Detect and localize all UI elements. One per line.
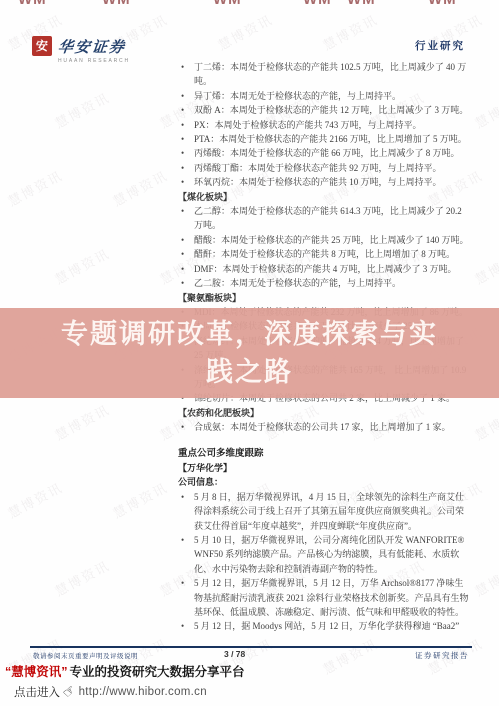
bullet-dot-icon: • [178,118,194,132]
bullet-text: 5 月 12 日，据万华微视界讯，5 月 12 日，万华 Archsol®817… [194,576,472,619]
brand-seal-icon: 安 [32,36,52,56]
company-news-bullet: •5 月 12 日，据 Moodys 网站，5 月 12 日，万华化学获得穆迪 … [178,619,472,633]
bullet-dot-icon: • [178,204,194,233]
bullet-text: 丙烯酸：本周处于检修状态的产能 66 万吨，比上周减少了 8 万吨。 [194,146,472,160]
company-info-label: 公司信息： [178,475,472,489]
maintenance-bullet: •醋酐：本周处于检修状态的产能共 8 万吨，比上周增加了 8 万吨。 [178,247,472,261]
watermark-text: 慧博资讯 [4,165,66,210]
bullet-text: DMF：本周处于检修状态的产能共 4 万吨，比上周减少了 3 万吨。 [194,262,472,276]
maintenance-bullet: •双酚 A：本周处于检修状态的产能共 12 万吨，比上周减少了 3 万吨。 [178,103,472,117]
brand-name-cn: 华安证券 [57,36,131,57]
maintenance-bullet: •乙二醇：本周处于检修状态的产能共 614.3 万吨，比上周减少了 20.2 万… [178,204,472,233]
watermark-text: 慧博资讯 [471,555,499,600]
watermark-text: 慧博资讯 [109,477,171,522]
top-edge-artifact: WM [18,0,47,7]
maintenance-bullet: •异丁烯：本周无处于检修状态的产能，与上周持平。 [178,89,472,103]
bullet-text: 5 月 10 日，据万华微视界讯，公司分离纯化团队开发 WANFORITE® W… [194,533,472,576]
watermark-text: 慧博资讯 [319,633,381,678]
bullet-dot-icon: • [178,161,194,175]
maintenance-bullet: •乙二胺：本周无处于检修状态的产能，与上周持平。 [178,276,472,290]
watermark-text: 慧博资讯 [51,243,113,288]
bullet-text: 醋酸：本周处于检修状态的产能共 25 万吨，比上周减少了 140 万吨。 [194,233,472,247]
section-title: 重点公司多维度跟踪 [178,447,472,461]
bullet-text: 醋酐：本周处于检修状态的产能共 8 万吨，比上周增加了 8 万吨。 [194,247,472,261]
bullet-dot-icon: • [178,89,194,103]
bullet-text: 5 月 8 日，据万华微视界讯，4 月 15 日，全球领先的涂料生产商艾仕得涂料… [194,490,472,533]
watermark-text: 慧博资讯 [471,399,499,444]
maintenance-bullet: •合成氨：本周处于检修状态的公司共 17 家，比上周增加了 1 家。 [178,420,472,434]
banner-title-line2: 践之路 [206,353,293,391]
bullet-text: PTA：本周处于检修状态的产能共 2166 万吨，比上周增加了 5 万吨。 [194,132,472,146]
bullet-text: 环氧丙烷：本周处于检修状态的产能共 10 万吨，与上周持平。 [194,175,472,189]
bullet-dot-icon: • [178,247,194,261]
bullet-text: PX：本周处于检修状态的产能共 743 万吨，与上周持平。 [194,118,472,132]
promo-link-row[interactable]: 点击进入 ☞ http://www.hibor.com.cn [14,683,207,700]
bullet-dot-icon: • [178,60,194,89]
maintenance-bullet: •丙烯酸：本周处于检修状态的产能 66 万吨，比上周减少了 8 万吨。 [178,146,472,160]
report-type-label: 证券研究报告 [415,650,469,661]
top-edge-artifact: WM [347,0,376,7]
maintenance-bullet: •丁二烯：本周处于检修状态的产能共 102.5 万吨，比上周减少了 40 万吨。 [178,60,472,89]
block-heading: 【农药和化肥板块】 [178,406,472,420]
promo-banner-overlay: 专题调研改革，深度探索与实 践之路 [0,308,499,398]
watermark-text: 慧博资讯 [51,555,113,600]
maintenance-bullet: •环氧丙烷：本周处于检修状态的产能共 10 万吨，与上周持平。 [178,175,472,189]
bullet-dot-icon: • [178,276,194,290]
company-news-bullet: •5 月 10 日，据万华微视界讯，公司分离纯化团队开发 WANFORITE® … [178,533,472,576]
bullet-dot-icon: • [178,103,194,117]
maintenance-bullet: •PX：本周处于检修状态的产能共 743 万吨，与上周持平。 [178,118,472,132]
maintenance-bullet: •DMF：本周处于检修状态的产能共 4 万吨，比上周减少了 3 万吨。 [178,262,472,276]
bullet-dot-icon: • [178,132,194,146]
watermark-text: 慧博资讯 [51,399,113,444]
watermark-text: 慧博资讯 [4,477,66,522]
watermark-text: 慧博资讯 [319,9,381,54]
bullet-dot-icon: • [178,490,194,533]
watermark-text: 慧博资讯 [471,243,499,288]
company-name-heading: 【万华化学】 [178,461,472,475]
promo-brand: “慧博资讯” [5,665,68,679]
bullet-text: 异丁烯：本周无处于检修状态的产能，与上周持平。 [194,89,472,103]
watermark-text: 慧博资讯 [109,165,171,210]
bullet-dot-icon: • [178,175,194,189]
footer-divider [30,646,472,648]
bullet-dot-icon: • [178,146,194,160]
brand-text-block: 华安证券 HUAAN RESEARCH [58,36,130,64]
bullet-text: 合成氨：本周处于检修状态的公司共 17 家，比上周增加了 1 家。 [194,420,472,434]
page-indicator: 3 / 78 [224,649,245,659]
company-news-bullet: •5 月 8 日，据万华微视界讯，4 月 15 日，全球领先的涂料生产商艾仕得涂… [178,490,472,533]
top-edge-artifact: WM [102,0,131,7]
block-heading: 【聚氨酯板块】 [178,291,472,305]
maintenance-bullet: •PTA：本周处于检修状态的产能共 2166 万吨，比上周增加了 5 万吨。 [178,132,472,146]
bullet-dot-icon: • [178,233,194,247]
brand-logo: 安 华安证券 HUAAN RESEARCH [32,36,130,64]
brand-name-en: HUAAN RESEARCH [58,58,130,64]
bullet-text: 乙二胺：本周无处于检修状态的产能，与上周持平。 [194,276,472,290]
bullet-dot-icon: • [178,262,194,276]
report-category-label: 行业研究 [415,38,465,53]
top-edge-artifact: WM [303,0,332,7]
top-edge-artifact: WM [213,0,242,7]
bullet-text: 乙二醇：本周处于检修状态的产能共 614.3 万吨，比上周减少了 20.2 万吨… [194,204,472,233]
banner-title-line1: 专题调研改革，深度探索与实 [61,315,438,353]
bullet-text: 双酚 A：本周处于检修状态的产能共 12 万吨，比上周减少了 3 万吨。 [194,103,472,117]
bullet-text: 丁二烯：本周处于检修状态的产能共 102.5 万吨，比上周减少了 40 万吨。 [194,60,472,89]
bullet-dot-icon: • [178,533,194,576]
promo-cta[interactable]: 点击进入 [14,684,60,700]
promo-line: “慧博资讯”专业的投资研究大数据分享平台 [5,662,245,680]
pointer-hand-icon: ☞ [59,681,80,702]
watermark-text: 慧博资讯 [51,87,113,132]
watermark-text: 慧博资讯 [471,87,499,132]
maintenance-bullet: •丙烯酸丁酯：本周处于检修状态产能共 92 万吨，与上周持平。 [178,161,472,175]
company-news-list: •5 月 8 日，据万华微视界讯，4 月 15 日，全球领先的涂料生产商艾仕得涂… [178,490,472,634]
bullet-text: 5 月 12 日，据 Moodys 网站，5 月 12 日，万华化学获得穆迪 “… [194,619,472,633]
report-page: 慧博资讯慧博资讯慧博资讯慧博资讯慧博资讯慧博资讯慧博资讯慧博资讯慧博资讯慧博资讯… [0,0,499,706]
bullet-dot-icon: • [178,420,194,434]
maintenance-bullet: •醋酸：本周处于检修状态的产能共 25 万吨，比上周减少了 140 万吨。 [178,233,472,247]
watermark-text: 慧博资讯 [214,9,276,54]
bullet-dot-icon: • [178,576,194,619]
company-section: 重点公司多维度跟踪 【万华化学】 公司信息： •5 月 8 日，据万华微视界讯，… [178,447,472,634]
block-heading: 【煤化板块】 [178,190,472,204]
company-news-bullet: •5 月 12 日，据万华微视界讯，5 月 12 日，万华 Archsol®81… [178,576,472,619]
footer-disclaimer: 敬请参阅末页重要声明及评级说明 [33,651,138,660]
bullet-text: 丙烯酸丁酯：本周处于检修状态产能共 92 万吨，与上周持平。 [194,161,472,175]
bullet-dot-icon: • [178,619,194,633]
promo-url-link[interactable]: http://www.hibor.com.cn [79,686,207,698]
promo-tagline: 专业的投资研究大数据分享平台 [70,665,245,679]
top-edge-artifact: WM [428,0,457,7]
